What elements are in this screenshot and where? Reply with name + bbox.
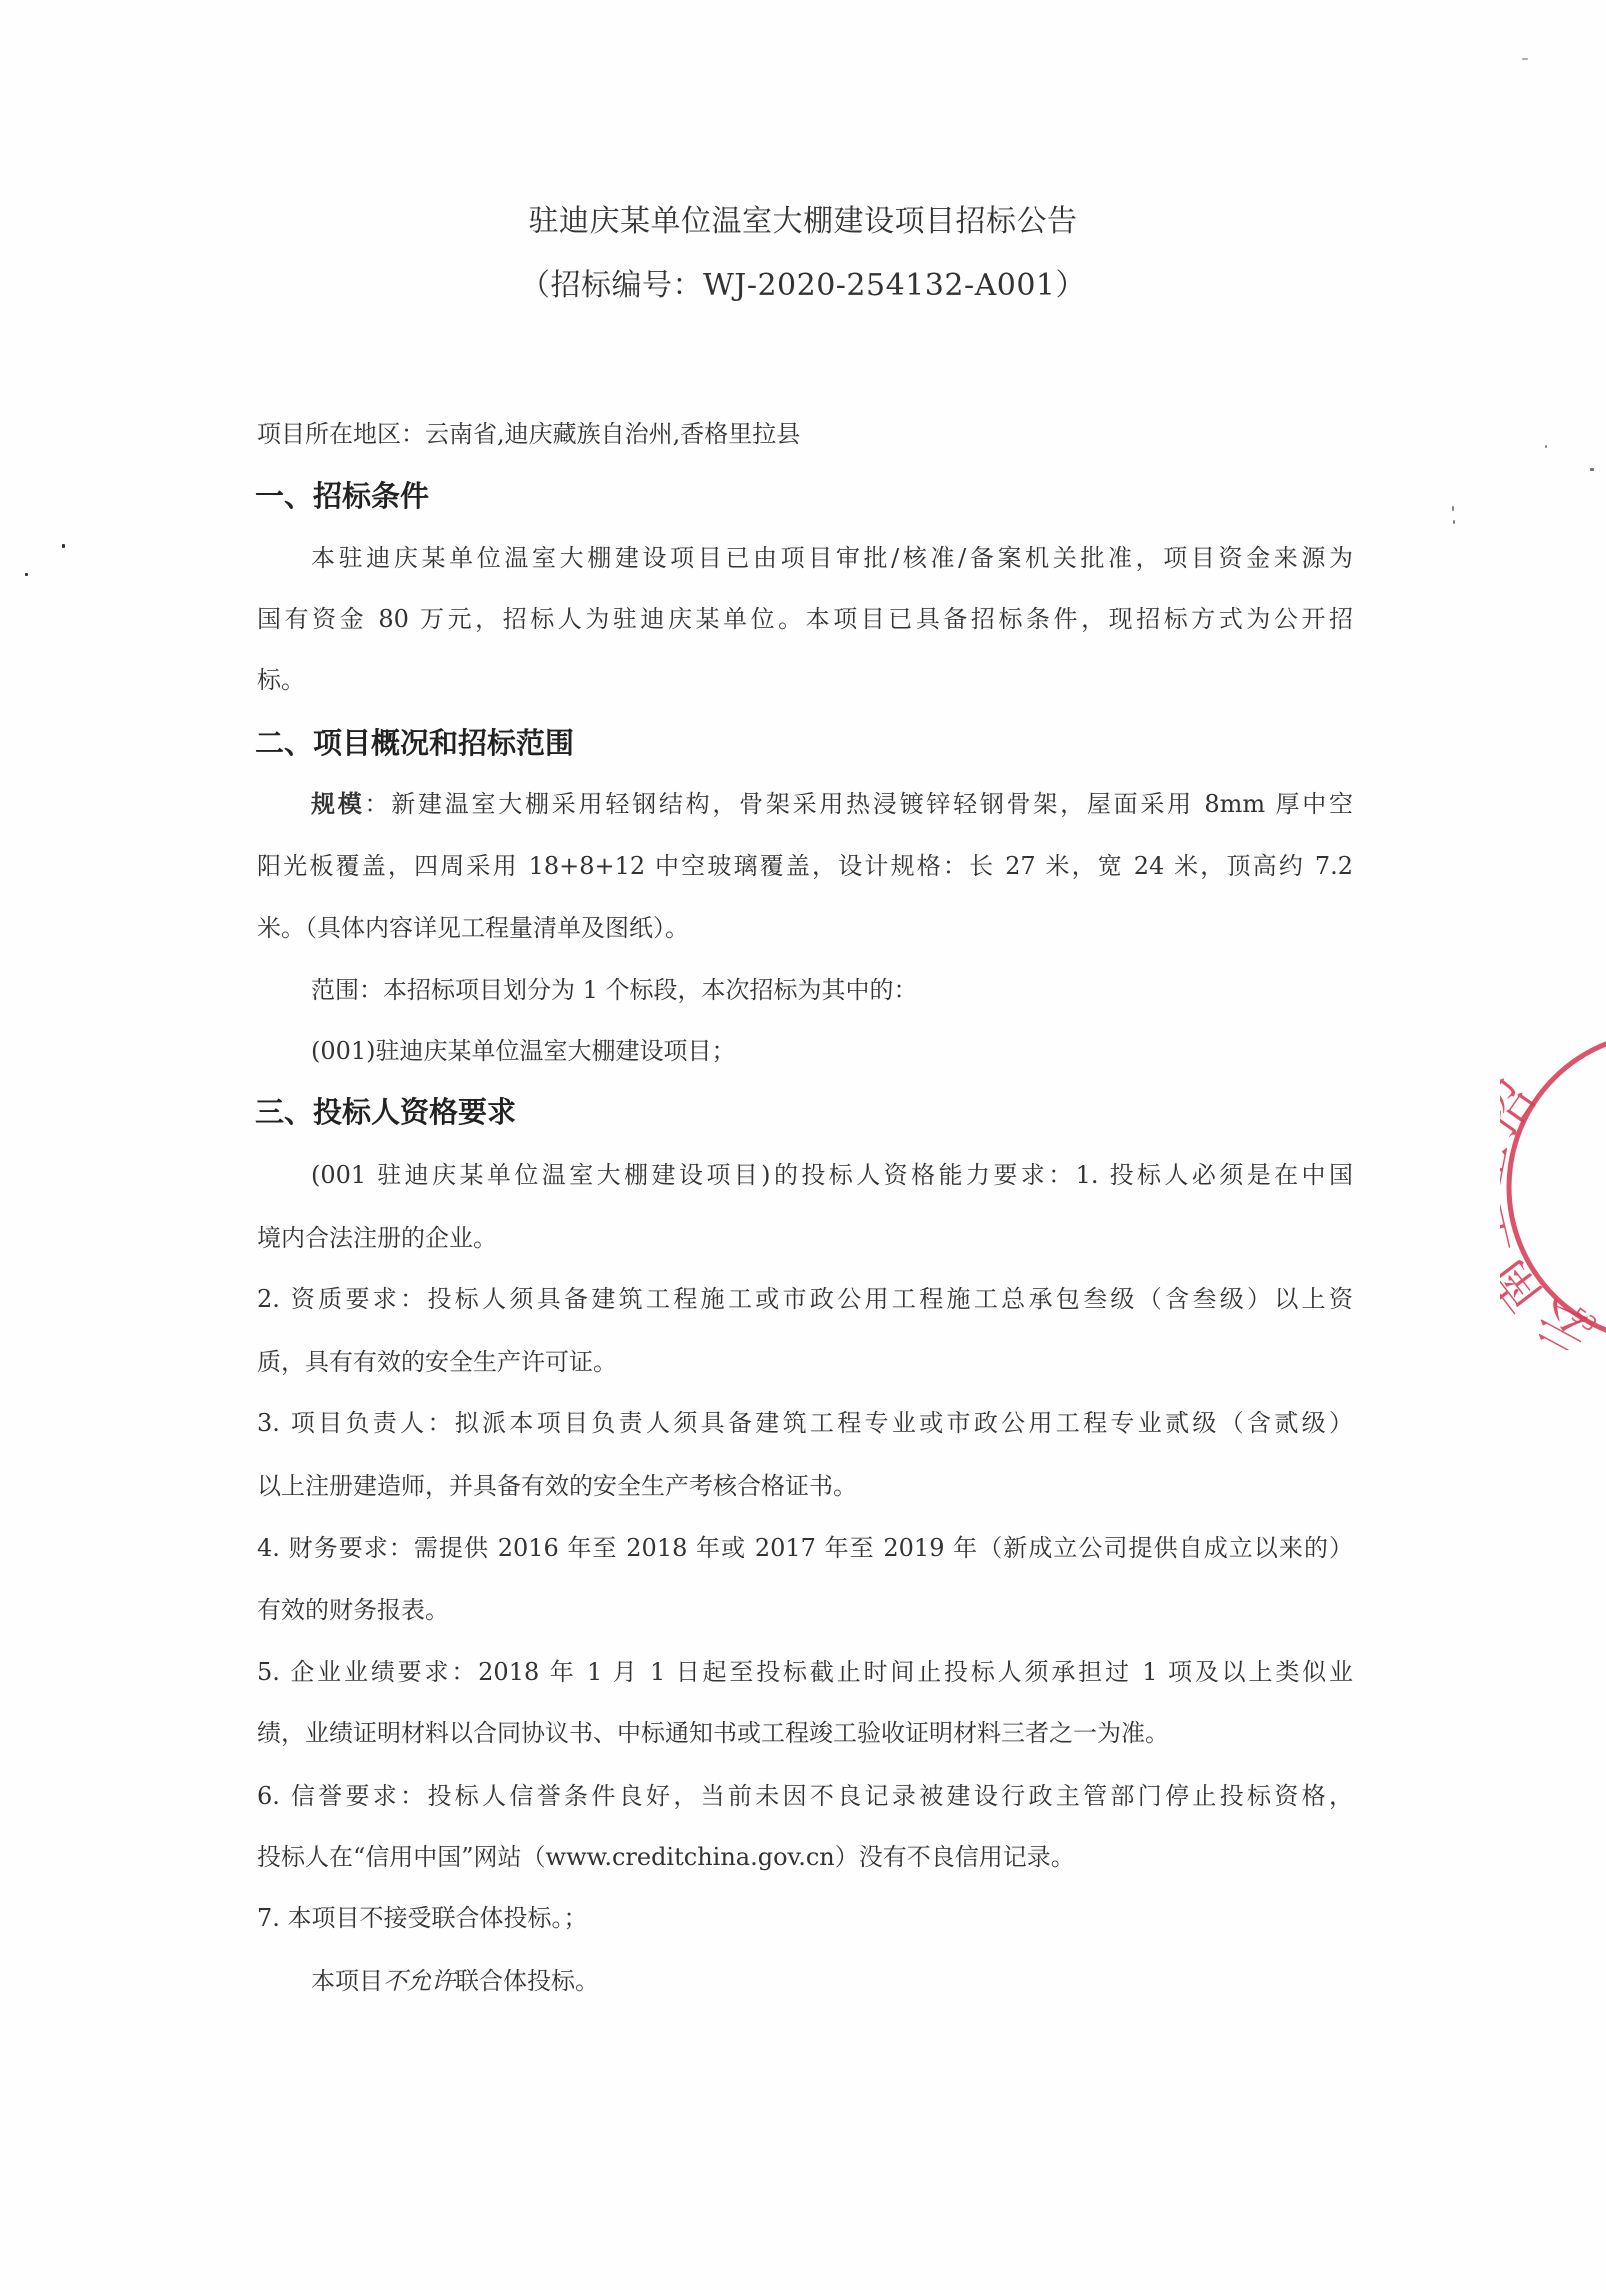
paragraph-line: 有效的财务报表。 bbox=[257, 1593, 449, 1627]
requirement-credit: 6. 信誉要求：投标人信誉条件良好，当前未因不良记录被建设行政主管部门停止投标资… bbox=[257, 1779, 1353, 1813]
project-location: 项目所在地区：云南省,迪庆藏族自治州,香格里拉县 bbox=[257, 417, 800, 451]
paragraph-line: (001 驻迪庆某单位温室大棚建设项目)的投标人资格能力要求：1. 投标人必须是… bbox=[311, 1158, 1353, 1192]
paragraph-line: 米。（具体内容详见工程量清单及图纸）。 bbox=[257, 911, 689, 945]
scale-label: 规模 bbox=[311, 789, 365, 818]
section-heading-tender-conditions: 一、招标条件 bbox=[255, 476, 429, 516]
tender-number: （招标编号：WJ-2020-254132-A001） bbox=[0, 266, 1606, 306]
paragraph-line: 标。 bbox=[257, 663, 305, 697]
statement-prefix: 本项目 bbox=[311, 1967, 383, 1995]
paragraph-line: 以上注册建造师，并具备有效的安全生产考核合格证书。 bbox=[257, 1469, 857, 1503]
scan-speck bbox=[1453, 520, 1455, 524]
paragraph-line: 绩，业绩证明材料以合同协议书、中标通知书或工程竣工验收证明材料三者之一为准。 bbox=[257, 1716, 1169, 1750]
requirement-financial: 4. 财务要求：需提供 2016 年至 2018 年或 2017 年至 2019… bbox=[257, 1531, 1353, 1565]
paragraph-line: 本驻迪庆某单位温室大棚建设项目已由项目审批/核准/备案机关批准，项目资金来源为 bbox=[311, 541, 1353, 575]
scan-speck bbox=[1522, 58, 1528, 60]
lot-line: (001)驻迪庆某单位温室大棚建设项目； bbox=[311, 1034, 736, 1068]
paragraph-line-scale: 规模：新建温室大棚采用轻钢结构，骨架采用热浸镀锌轻钢骨架，屋面采用 8mm 厚中… bbox=[311, 787, 1353, 821]
document-page: 驻迪庆某单位温室大棚建设项目招标公告 （招标编号：WJ-2020-254132-… bbox=[0, 0, 1606, 2290]
scan-speck bbox=[25, 573, 28, 576]
requirement-performance: 5. 企业业绩要求：2018 年 1 月 1 日起至投标截止时间止投标人须承担过… bbox=[257, 1655, 1353, 1689]
scope-line: 范围：本招标项目划分为 1 个标段，本次招标为其中的： bbox=[311, 973, 918, 1007]
paragraph-line: 投标人在“信用中国”网站（www.creditchina.gov.cn）没有不良… bbox=[257, 1840, 1075, 1874]
requirement-consortium: 7. 本项目不接受联合体投标。； bbox=[257, 1901, 588, 1935]
section-heading-bidder-qualifications: 三、投标人资格要求 bbox=[255, 1092, 516, 1132]
paragraph-line: 国有资金 80 万元，招标人为驻迪庆某单位。本项目已具备招标条件，现招标方式为公… bbox=[257, 602, 1353, 636]
scan-speck bbox=[1452, 506, 1454, 511]
scale-text: ：新建温室大棚采用轻钢结构，骨架采用热浸镀锌轻钢骨架，屋面采用 8mm 厚中空 bbox=[365, 790, 1353, 818]
scan-speck bbox=[1545, 445, 1547, 448]
section-heading-project-overview: 二、项目概况和招标范围 bbox=[255, 723, 574, 763]
paragraph-line: 质，具有有效的安全生产许可证。 bbox=[257, 1345, 617, 1379]
document-title: 驻迪庆某单位温室大棚建设项目招标公告 bbox=[0, 202, 1606, 242]
paragraph-line: 境内合法注册的企业。 bbox=[257, 1221, 497, 1255]
company-seal-icon: 云南至正招 53 bbox=[1500, 1020, 1606, 1350]
consortium-statement: 本项目不允许联合体投标。 bbox=[311, 1964, 599, 1998]
requirement-qualification: 2. 资质要求：投标人须具备建筑工程施工或市政公用工程施工总承包叁级（含叁级）以… bbox=[257, 1282, 1353, 1316]
scan-speck bbox=[62, 544, 65, 548]
paragraph-line: 阳光板覆盖，四周采用 18+8+12 中空玻璃覆盖，设计规格：长 27 米，宽 … bbox=[257, 849, 1353, 883]
statement-suffix: 联合体投标。 bbox=[455, 1967, 599, 1995]
statement-italic: 不允许 bbox=[383, 1967, 455, 1995]
requirement-project-manager: 3. 项目负责人：拟派本项目负责人须具备建筑工程专业或市政公用工程专业贰级（含贰… bbox=[257, 1406, 1353, 1440]
scan-speck bbox=[1590, 468, 1594, 471]
